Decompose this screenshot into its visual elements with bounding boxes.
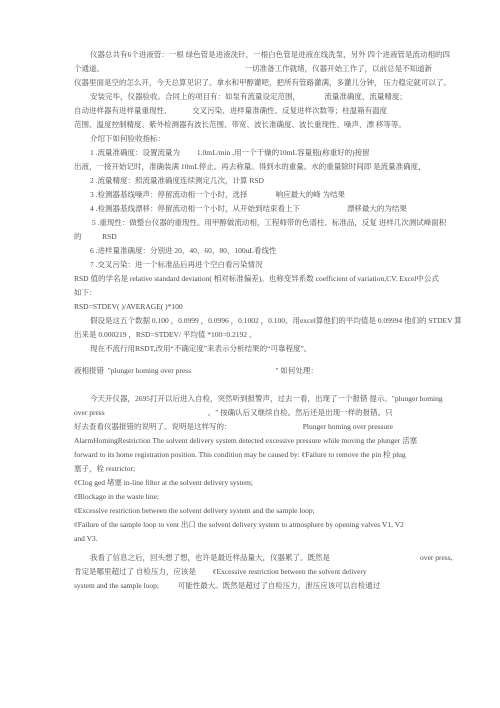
section-title: 液相报错 "plunger homing over press " 如何处理： xyxy=(74,364,480,378)
list-item-5: 5 .重现性：做整台仪器的重现性。用甲醇做流动相，工程师带的色谱柱、标准品，反复… xyxy=(74,216,480,230)
list-item-3: 3 .检测器基线噪声：停留流动相一个小时，选择 响应最大的峰 为结果 xyxy=(74,188,480,202)
error-description-line: AlarmHomingRestriction The solvent deliv… xyxy=(74,434,480,448)
text-line: 仪器里面是空的怎么开，今天总算见识了。拿水和甲醇灌吧，把所有管路灌满，多灌儿分钟… xyxy=(74,76,480,90)
error-cause-line: ¢Blockage in the waste line; xyxy=(74,490,480,504)
text-line: 今天开仪器，2695打开以后进入自检，突然听到报警声，过去一看，出现了一个报错 … xyxy=(74,392,480,406)
text-line: over press 。" 按确认后又继续自检。然后还是出现一样的报错。只 xyxy=(74,406,480,420)
list-item-1: 1 .流量准确度：设置流量为 1.0mL/min ,用一个干燥的10mL容量瓶(… xyxy=(74,146,480,160)
error-cause-line: ¢Excessive restriction between the solve… xyxy=(74,504,480,518)
text-line: 自动进样器有进样量重现性、 交叉污染、进样量准确性、反复进样次数等；柱温箱有温度 xyxy=(74,104,480,118)
list-item-6: 6 .进样量准确度：分别进 20、40、60、80、100uL看线性 xyxy=(74,244,480,258)
text-line: 出液，一接开始记时，准确装满 10mL停止。再去称量。得到水的重量。水的重量除时… xyxy=(74,160,480,174)
text-line: system and the sample loop; 可能性最大。既然是超过了… xyxy=(74,579,480,593)
error-description-line: 塞子，栓 restrictor; xyxy=(74,462,480,476)
document-page: 仪器总共有6个进液管：一根 绿色管是进液洗针，一根白色管是进液在线洗泵，另外 四… xyxy=(0,0,500,708)
text-line: 介绍下如何验收指标： xyxy=(74,132,480,146)
error-cause-line: ¢Failure of the sample loop to vent 出口 t… xyxy=(74,518,480,532)
text-line: 的 RSD xyxy=(74,230,480,244)
text-line: 个通道。 一切准备工作就绪，仪器开始工作了，以前总是不知道新 xyxy=(74,62,480,76)
error-cause-line: ¢Clog ged 堵塞 in-line filter at the solve… xyxy=(74,476,480,490)
text-line: 范围、温度控制精度、紫外检测器有波长范围、带宽、波长准确度、波长重现性、噪声、漂… xyxy=(74,118,480,132)
list-item-7: 7 .交叉污染：进一个标准品后再进个空白看污染情况 xyxy=(74,258,480,272)
text-line: 如下： xyxy=(74,286,480,300)
text-line: 现在不流行用RSDT,改用“不确定度”来表示分析结果的“可靠程度”。 xyxy=(74,342,480,356)
error-cause-line: and V3. xyxy=(74,532,480,546)
list-item-2: 2 .流量精度：照流量准确度连续测定几次，计算 RSD xyxy=(74,174,480,188)
text-line: 出来是 0.000219 ，RSD=STDEV/ 平均值 *100=0.2192… xyxy=(74,328,480,342)
text-line: RSD 值的学名是 relative standard deviation( 相… xyxy=(74,272,480,286)
text-line: 安装完毕，仪器验收。合同上的项目有：如泵有流量设定范围， 流量准确度、流量精度； xyxy=(74,90,480,104)
text-line: 我看了信息之后，回头想了想，也许是最近样品量大，仪器累了。既然是 over pr… xyxy=(74,551,480,565)
text-line: 仪器总共有6个进液管：一根 绿色管是进液洗针，一根白色管是进液在线洗泵，另外 四… xyxy=(74,48,480,62)
text-line: 肯定是哪里超过了 自检压力，应该是 ¢Excessive restriction… xyxy=(74,565,480,579)
list-item-4: 4 .检测器基线漂移：停留流动相一个小时，从开始到结束看上下 漂移最大的为结果 xyxy=(74,202,480,216)
error-description-line: forward to its home registration positio… xyxy=(74,448,480,462)
text-line: 假设是这五个数据 0.100 ，0.0999 ，0.0996 ，0.1002 ，… xyxy=(74,314,480,328)
formula-line: RSD=STDEV( )/AVERAGE( )*100 xyxy=(74,300,480,314)
text-line: 好去查看仪器报错的说明了。说明是这样写的： Plunger homing ove… xyxy=(74,420,480,434)
